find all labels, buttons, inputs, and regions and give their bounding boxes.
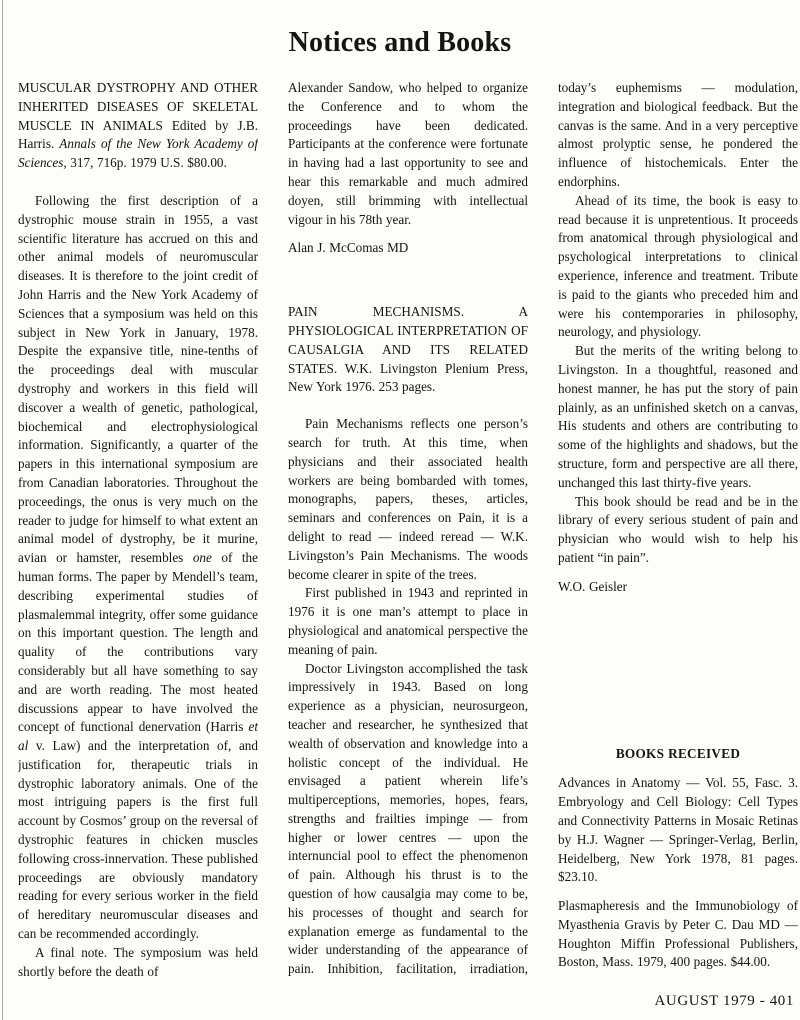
review1-byline: Alan J. McComas MD [288, 239, 528, 258]
review1-paragraph-1: Following the first description of a dys… [18, 192, 258, 944]
review2-paragraph-5: But the merits of the writing belong to … [558, 342, 798, 492]
review1-heading-details: 317, 716p. 1979 U.S. $80.00. [70, 155, 227, 170]
page-title: Notices and Books [0, 0, 800, 59]
review1-paragraph-2: A final note. The symposium was held sho… [18, 944, 258, 979]
review1-heading: MUSCULAR DYSTROPHY AND OTHER INHERITED D… [18, 79, 258, 173]
books-received-section: BOOKS RECEIVED Advances in Anatomy — Vol… [558, 745, 798, 973]
column-2: Alexander Sandow, who helped to organize… [288, 79, 528, 979]
column-3: today’s euphemisms — modulation, integra… [558, 79, 798, 979]
review1-paragraph-1-text: Following the first description of a dys… [18, 193, 258, 565]
review2-section: PAIN MECHANISMS. A PHYSIOLOGICAL INTERPR… [288, 303, 528, 979]
review1-paragraph-1-text-2: of the human forms. The paper by Mendell… [18, 550, 258, 734]
review2-paragraph-4: Ahead of its time, the book is easy to r… [558, 192, 798, 342]
page-footer: AUGUST 1979 - 401 [654, 993, 794, 1010]
review2-paragraph-3-continued: today’s euphemisms — modulation, integra… [558, 79, 798, 192]
page-edge-line [2, 0, 3, 1020]
review1-paragraph-2-continued: Alexander Sandow, who helped to organize… [288, 79, 528, 229]
review2-byline: W.O. Geisler [558, 578, 798, 597]
column-1: MUSCULAR DYSTROPHY AND OTHER INHERITED D… [18, 79, 258, 979]
books-received-entry-1: Advances in Anatomy — Vol. 55, Fasc. 3. … [558, 774, 798, 887]
review2-paragraph-2: First published in 1943 and reprinted in… [288, 584, 528, 659]
books-received-heading: BOOKS RECEIVED [558, 745, 798, 764]
review2-heading: PAIN MECHANISMS. A PHYSIOLOGICAL INTERPR… [288, 303, 528, 397]
review2-paragraph-3: Doctor Livingston accomplished the task … [288, 660, 528, 979]
review2-paragraph-1: Pain Mechanisms reflects one person’s se… [288, 415, 528, 584]
review1-paragraph-1-emphasis-1: one [193, 550, 212, 565]
books-received-entry-2: Plasmapheresis and the Immunobiology of … [558, 897, 798, 972]
review1-paragraph-1-text-3: v. Law) and the interpretation of, and j… [18, 738, 258, 941]
journal-page: Notices and Books MUSCULAR DYSTROPHY AND… [0, 0, 800, 1020]
three-column-layout: MUSCULAR DYSTROPHY AND OTHER INHERITED D… [0, 59, 800, 979]
review2-paragraph-6: This book should be read and be in the l… [558, 493, 798, 568]
